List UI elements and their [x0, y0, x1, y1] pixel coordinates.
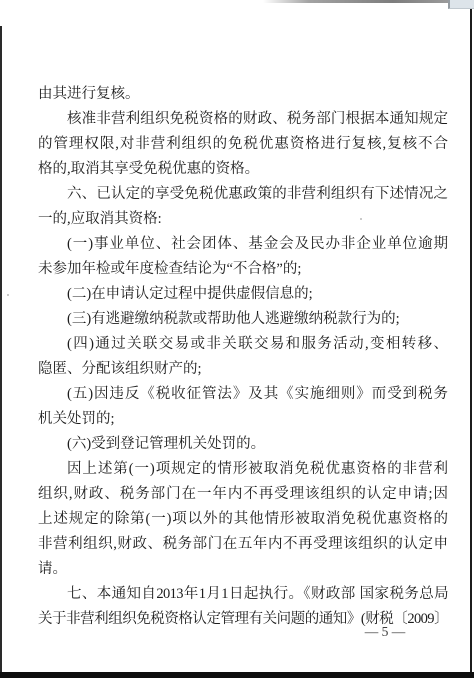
text-line: 因上述第(一)项规定的情形被取消免税优惠资格的非营利 [38, 457, 448, 482]
text-line: (三)有逃避缴纳税款或帮助他人逃避缴纳税款行为的; [38, 307, 448, 332]
text-line: (二)在申请认定过程中提供虚假信息的; [38, 282, 448, 307]
text-line: 的管理权限,对非营利组织的免税优惠资格进行复核,复核不合 [38, 132, 448, 157]
scan-artifact-top-streak [263, 0, 448, 3]
document-body: 由其进行复核。核准非营利组织免税资格的财政、税务部门根据本通知规定的管理权限,对… [38, 82, 448, 632]
text-line: (六)受到登记管理机关处罚的。 [38, 432, 448, 457]
text-line: 六、已认定的享受免税优惠政策的非营利组织有下述情况之 [38, 182, 448, 207]
text-line: 未参加年检或年度检查结论为“不合格”的; [38, 257, 448, 282]
text-line: (四)通过关联交易或非关联交易和服务活动,变相转移、 [38, 332, 448, 357]
document-page: 由其进行复核。核准非营利组织免税资格的财政、税务部门根据本通知规定的管理权限,对… [0, 0, 474, 680]
text-line: 格的,取消其享受免税优惠的资格。 [38, 157, 448, 182]
scan-speck [7, 294, 9, 296]
text-line: (一)事业单位、社会团体、基金会及民办非企业单位逾期 [38, 232, 448, 257]
text-line: 一的,应取消其资格: [38, 207, 448, 232]
scan-edge-left [0, 26, 2, 672]
scan-edge-bottom [0, 672, 474, 678]
text-line: 核准非营利组织免税资格的财政、税务部门根据本通知规定 [38, 107, 448, 132]
text-line: 组织,财政、税务部门在一年内不再受理该组织的认定申请;因 [38, 482, 448, 507]
text-line: 机关处罚的; [38, 407, 448, 432]
text-line: 上述规定的除第(一)项以外的其他情形被取消免税优惠资格的 [38, 507, 448, 532]
text-line: 七、本通知自2013年1月1日起执行。《财政部 国家税务总局 [38, 582, 448, 607]
text-line: (五)因违反《税收征管法》及其《实施细则》而受到税务 [38, 382, 448, 407]
text-line: 非营利组织,财政、税务部门在五年内不再受理该组织的认定申 [38, 532, 448, 557]
scan-artifact-corner [448, 0, 474, 9]
page-number: — 5 — [350, 623, 420, 641]
scan-edge-right [470, 9, 472, 672]
text-line: 请。 [38, 557, 448, 582]
text-line: 由其进行复核。 [38, 82, 448, 107]
text-line: 隐匿、分配该组织财产的; [38, 357, 448, 382]
